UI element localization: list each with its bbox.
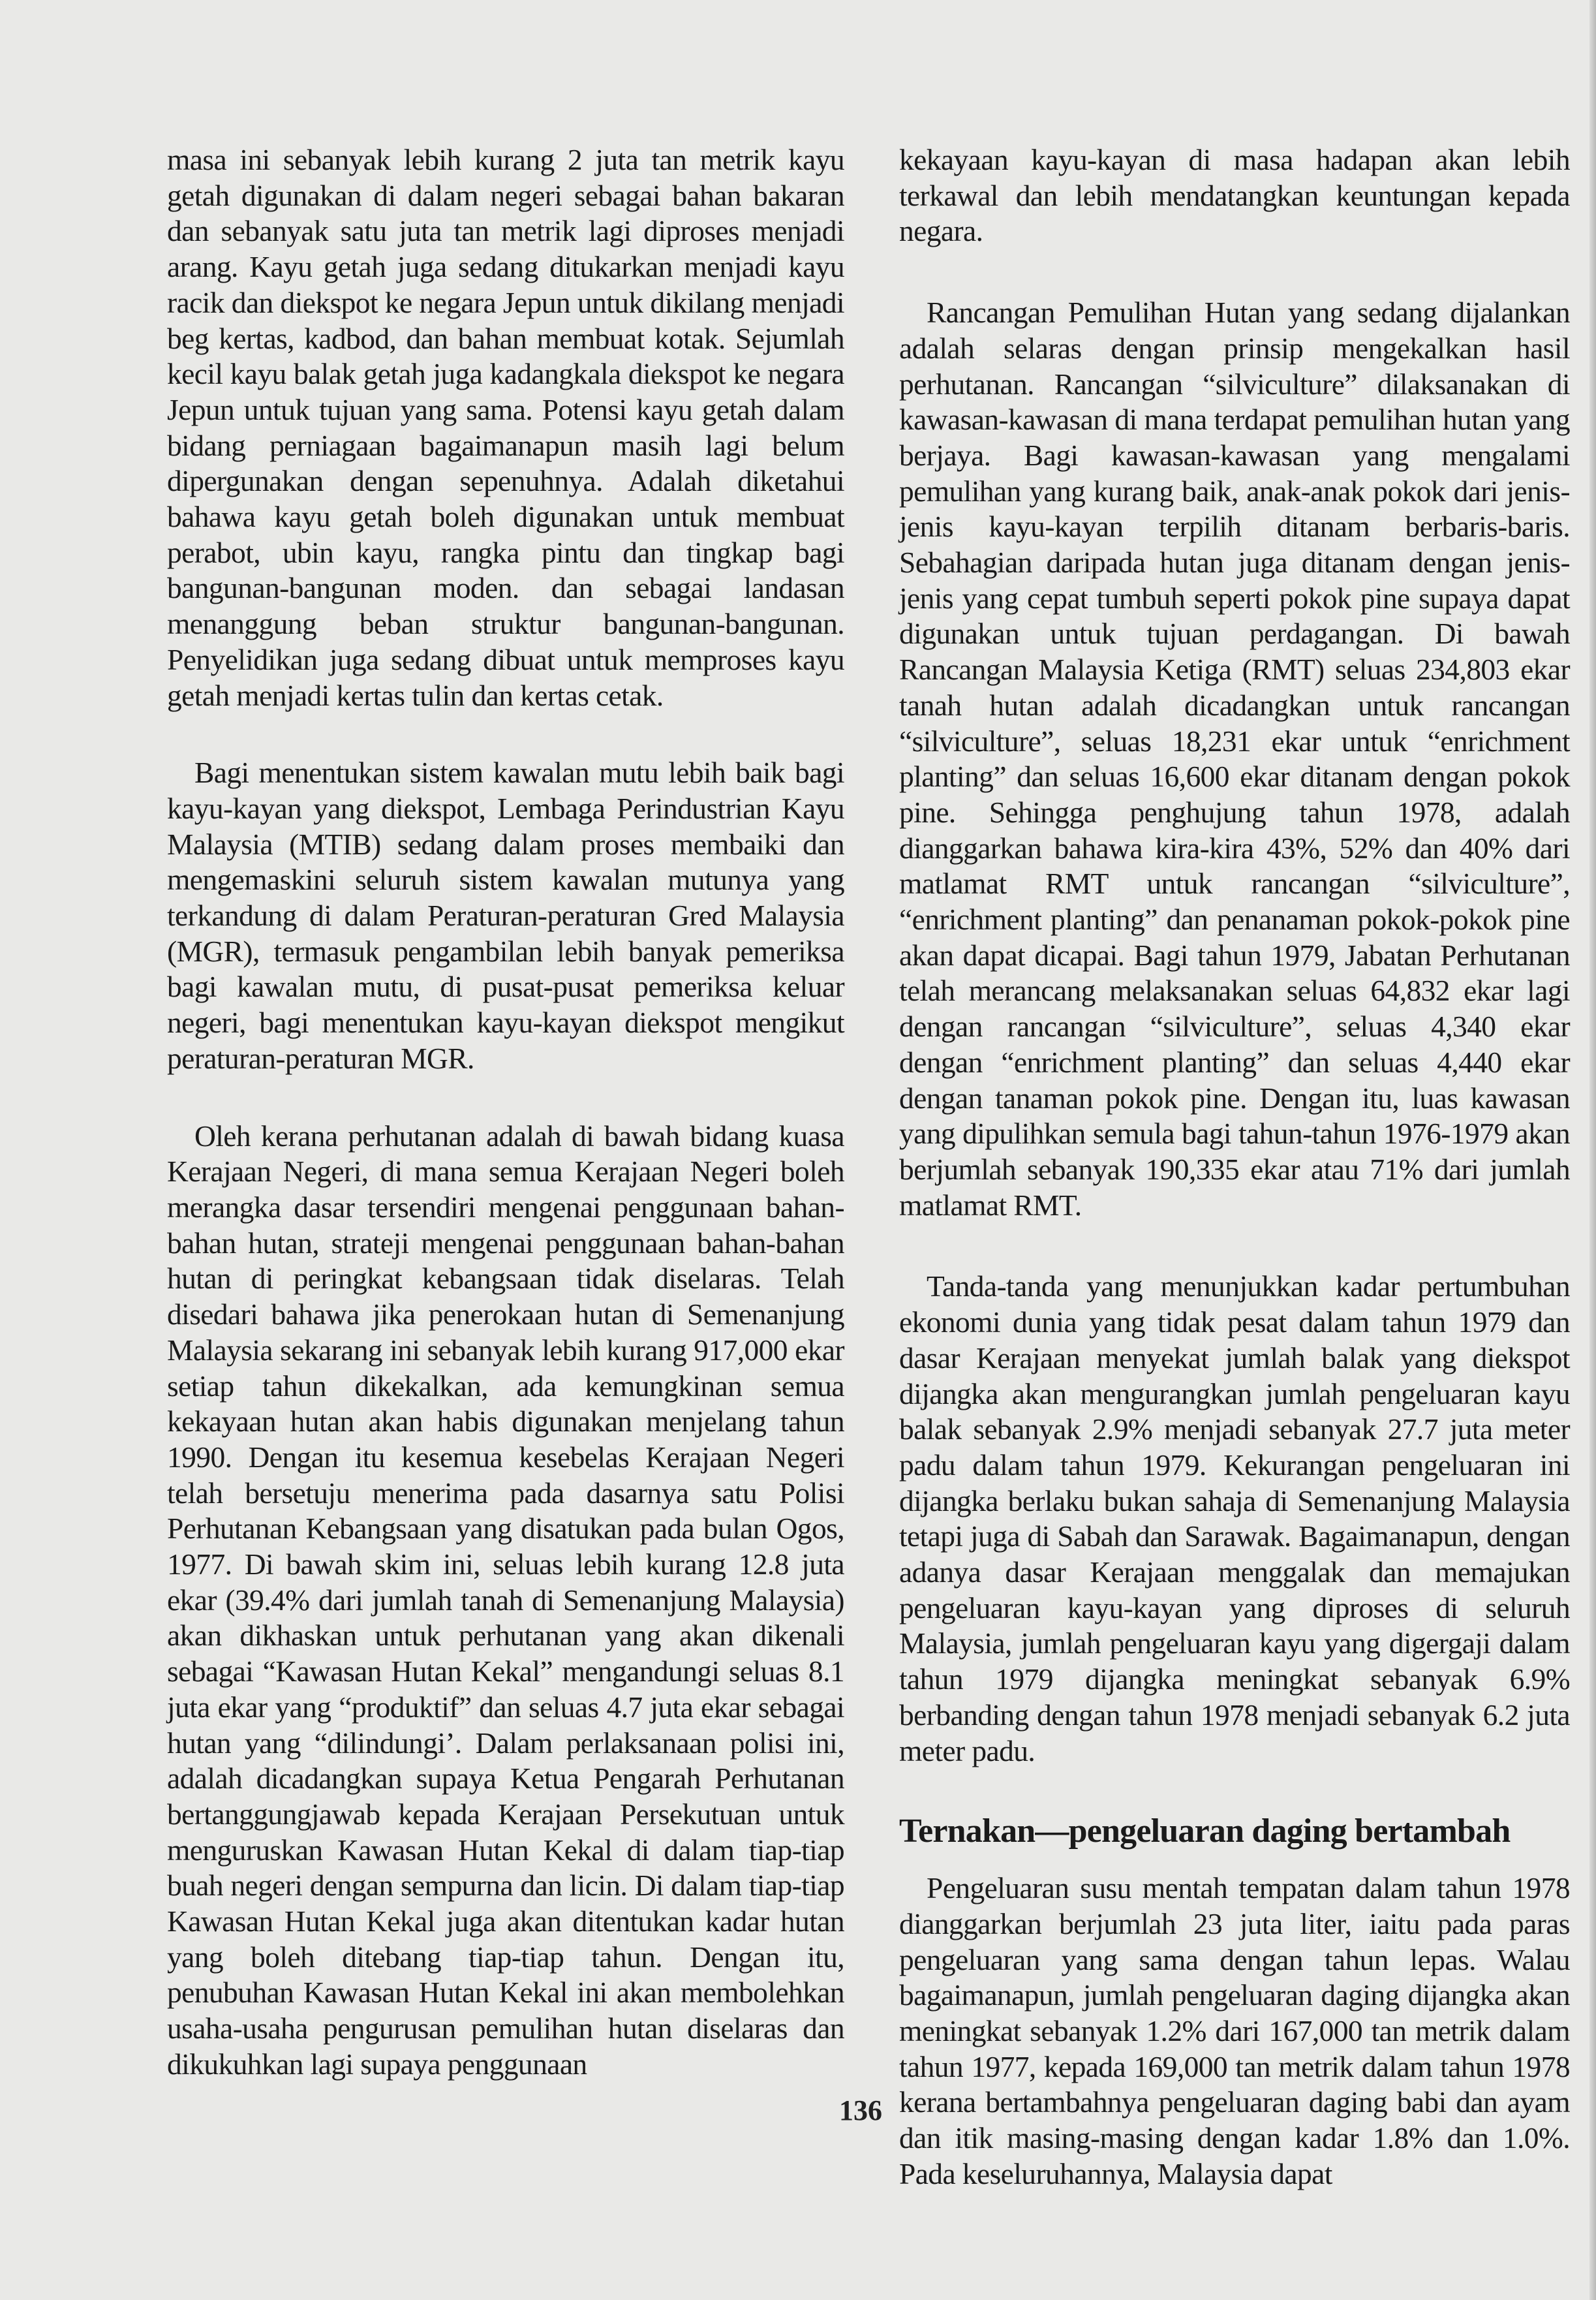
left-column: masa ini sebanyak lebih kurang 2 juta ta… (167, 142, 844, 2119)
page-edge-shadow (1589, 0, 1596, 2300)
page-number: 136 (839, 2094, 882, 2127)
section-heading-livestock: Ternakan—pengeluaran daging bertambah (899, 1812, 1570, 1851)
paragraph-livestock-production: Pengeluaran susu mentah tempatan dalam t… (899, 1871, 1570, 2192)
paragraph-quality-control-mtib: Bagi menentukan sistem kawalan mutu lebi… (167, 755, 844, 1076)
paragraph-forest-rehabilitation: Rancangan Pemulihan Hutan yang sedang di… (899, 295, 1570, 1223)
right-column: kekayaan kayu-kayan di masa hadapan akan… (899, 142, 1570, 2229)
paragraph-rubberwood-uses: masa ini sebanyak lebih kurang 2 juta ta… (167, 142, 844, 713)
paragraph-national-forestry-policy: Oleh kerana perhutanan adalah di bawah b… (167, 1119, 844, 2083)
paragraph-continuation: kekayaan kayu-kayan di masa hadapan akan… (899, 142, 1570, 249)
paragraph-log-production: Tanda-tanda yang menunjukkan kadar pertu… (899, 1269, 1570, 1769)
